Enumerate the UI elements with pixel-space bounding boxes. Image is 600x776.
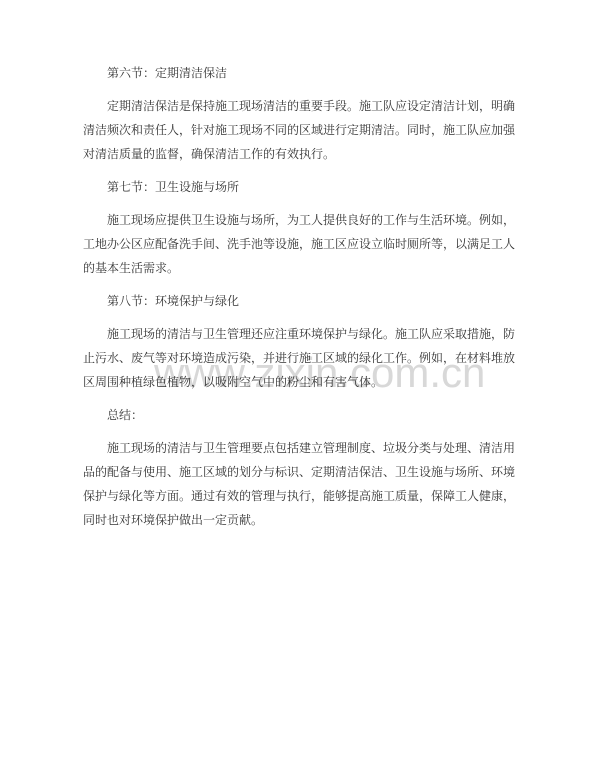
paragraph-line: 对清洁质量的监督，确保清洁工作的有效执行。	[83, 142, 515, 166]
section-heading-8: 第八节：环境保护与绿化	[83, 289, 515, 313]
paragraph-line: 清洁频次和责任人，针对施工现场不同的区域进行定期清洁。同时，施工队应加强	[83, 118, 515, 142]
section-paragraph-7: 施工现场应提供卫生设施与场所，为工人提供良好的工作与生活环境。例如， 工地办公区…	[83, 208, 515, 280]
paragraph-line: 定期清洁保洁是保持施工现场清洁的重要手段。施工队应设定清洁计划，明确	[83, 94, 515, 118]
summary-heading: 总结：	[83, 403, 515, 427]
paragraph-line: 施工现场应提供卫生设施与场所，为工人提供良好的工作与生活环境。例如，	[83, 208, 515, 232]
section-heading-6: 第六节：定期清洁保洁	[83, 61, 515, 85]
summary-paragraph: 施工现场的清洁与卫生管理要点包括建立管理制度、垃圾分类与处理、清洁用 品的配备与…	[83, 436, 515, 532]
paragraph-line: 止污水、废气等对环境造成污染，并进行施工区域的绿化工作。例如，在材料堆放	[83, 346, 515, 370]
paragraph-line: 保护与绿化等方面。通过有效的管理与执行，能够提高施工质量，保障工人健康，	[83, 484, 515, 508]
section-heading-7: 第七节：卫生设施与场所	[83, 175, 515, 199]
paragraph-line: 的基本生活需求。	[83, 256, 515, 280]
paragraph-line: 同时也对环境保护做出一定贡献。	[83, 508, 515, 532]
paragraph-line: 施工现场的清洁与卫生管理还应注重环境保护与绿化。施工队应采取措施，防	[83, 322, 515, 346]
paragraph-line: 施工现场的清洁与卫生管理要点包括建立管理制度、垃圾分类与处理、清洁用	[83, 436, 515, 460]
paragraph-line: 品的配备与使用、施工区域的划分与标识、定期清洁保洁、卫生设施与场所、环境	[83, 460, 515, 484]
document-content: 第六节：定期清洁保洁 定期清洁保洁是保持施工现场清洁的重要手段。施工队应设定清洁…	[83, 61, 515, 541]
paragraph-line: 区周围种植绿色植物，以吸附空气中的粉尘和有害气体。	[83, 370, 515, 394]
document-page: www.zixin.com.cn 第六节：定期清洁保洁 定期清洁保洁是保持施工现…	[0, 0, 600, 776]
paragraph-line: 工地办公区应配备洗手间、洗手池等设施，施工区应设立临时厕所等，以满足工人	[83, 232, 515, 256]
section-paragraph-8: 施工现场的清洁与卫生管理还应注重环境保护与绿化。施工队应采取措施，防 止污水、废…	[83, 322, 515, 394]
section-paragraph-6: 定期清洁保洁是保持施工现场清洁的重要手段。施工队应设定清洁计划，明确 清洁频次和…	[83, 94, 515, 166]
